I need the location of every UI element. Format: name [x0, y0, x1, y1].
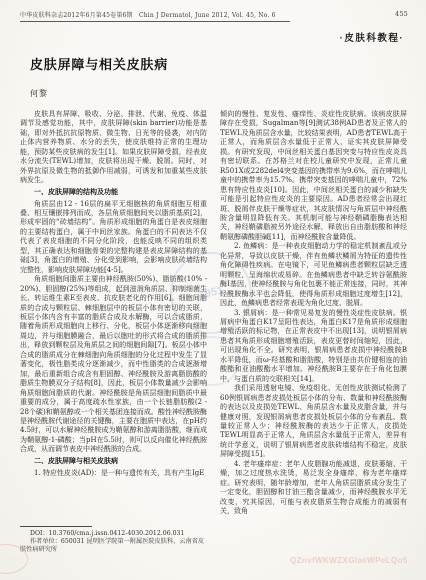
- section-heading-1: 一、皮肤屏障的结构及功能: [20, 188, 207, 197]
- paragraph-intro: 皮肤具有屏障、吸收、分泌、排泄、代谢、免疫、体温调节及感觉功能，其中，皮肤屏障(…: [20, 110, 207, 186]
- paragraph-ichthyosis: 2. 鱼鳞病：是一种表皮细胞动力学的稳定机制紊乱或分化异常，导致以皮肤干燥，伴有…: [220, 242, 407, 308]
- paragraph-lipids: 角质细胞间脂质主要由神经酰胺(50%)、脂肪酸(10% - 20%)、胆固醇(2…: [20, 275, 207, 455]
- scan-watermark-code: QZnvfWKWZXGlaeWPeLQo5: [290, 556, 408, 565]
- article-body: 皮肤具有屏障、吸收、分泌、排泄、代谢、免疫、体温调节及感觉功能，其中，皮肤屏障(…: [20, 110, 407, 516]
- paragraph-stratum-corneum: 角质层由12 - 16层的扁平无细胞核的角质细胞互相重叠、相互镶嵌排列而成，各层…: [20, 200, 207, 276]
- paragraph-ad-start: 1. 特应性皮炎(AD)：是一种与遗传有关，具有产生IgE: [20, 469, 207, 478]
- right-column: 倾向的慢性、复发性、瘙痒性、炎症性皮肤病。该病皮肤屏障存在受损，Sugalman…: [220, 110, 407, 516]
- affiliation-line: 作者单位：650031 昆明医学院第一附属医院皮肤科、云南省皮肤性病研究所: [20, 538, 207, 554]
- left-column: 皮肤具有屏障、吸收、分泌、排泄、代谢、免疫、体温调节及感觉功能，其中，皮肤屏障(…: [20, 110, 207, 516]
- footnote: DOI：10.3760/cma.j.issn.0412-4030.2012.06…: [20, 526, 207, 555]
- section-heading-2: 二、皮肤屏障与相关皮肤病: [20, 457, 207, 466]
- paragraph-ad-continued: 倾向的慢性、复发性、瘙痒性、炎症性皮肤病。该病皮肤屏障存在受损，Sugalman…: [220, 110, 407, 242]
- page-header: 中华皮肤科杂志2012年6月第45卷第6期 Chin J Dermatol, J…: [20, 10, 408, 22]
- author-name: 何黎: [30, 88, 48, 99]
- article-title: 皮肤屏障与相关皮肤病: [30, 54, 168, 73]
- paragraph-psoriasis-study: 我们采用透射电镜、免疫组化、无创性皮肤测试检测了60例银屑病患者皮损处板层小体的…: [220, 384, 407, 460]
- journal-citation: 中华皮肤科杂志2012年6月第45卷第6期 Chin J Dermatol, J…: [20, 10, 290, 22]
- footnote-divider: [20, 526, 92, 527]
- doi-line: DOI：10.3760/cma.j.issn.0412-4030.2012.06…: [20, 530, 207, 538]
- column-section-label: ·皮肤科教程·: [340, 30, 404, 44]
- paragraph-senile-pruritus: 4. 老年瘙痒症：老年人皮脂腺功能减退，皮肤萎缩、干燥，加之过度热水洗烫，易泛发…: [220, 460, 407, 517]
- paragraph-psoriasis: 3. 银屑病：是一种常见易复发的慢性炎症性皮肤病。银屑病中角蛋白K17呈阳性表达…: [220, 309, 407, 385]
- journal-page: 中华皮肤科杂志2012年6月第45卷第6期 Chin J Dermatol, J…: [0, 0, 426, 580]
- page-number: 455: [395, 10, 408, 18]
